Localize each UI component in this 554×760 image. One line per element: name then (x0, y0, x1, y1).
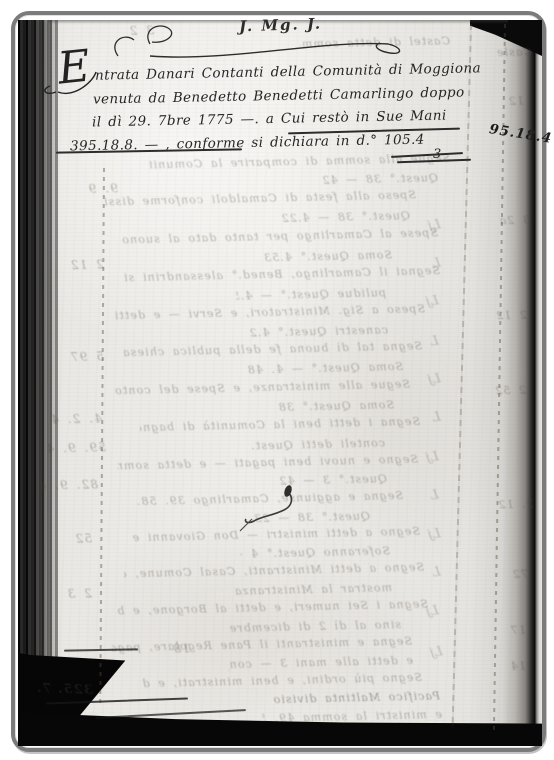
page-heading-invocation: J. Mg. J. (239, 15, 323, 36)
book-binding-gutter (18, 20, 58, 746)
bleed-through-total: 325. 7. (36, 681, 93, 698)
manuscript-scan-viewer: { "colors":{"frame_gray":"#7b7b7b","pape… (0, 0, 554, 760)
entry-initial-letter: E (56, 46, 92, 89)
